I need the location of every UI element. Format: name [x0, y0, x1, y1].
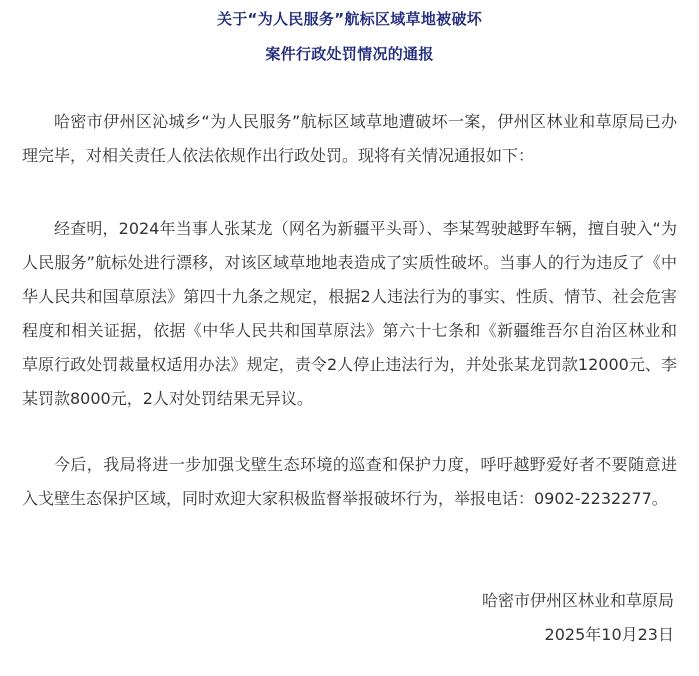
notice-document: 关于“为人民服务”航标区域草地被破坏 案件行政处罚情况的通报 哈密市伊州区沁城乡… — [0, 0, 699, 676]
signature-organization: 哈密市伊州区林业和草原局 — [482, 588, 674, 611]
paragraph-intro: 哈密市伊州区沁城乡“为人民服务”航标区域草地遭破坏一案，伊州区林业和草原局已办理… — [22, 105, 677, 173]
document-title-line2: 案件行政处罚情况的通报 — [0, 43, 699, 64]
signature-date: 2025年10月23日 — [545, 622, 674, 645]
paragraph-appeal: 今后，我局将进一步加强戈壁生态环境的巡查和保护力度，呼吁越野爱好者不要随意进入戈… — [22, 448, 677, 516]
document-title-line1: 关于“为人民服务”航标区域草地被破坏 — [0, 8, 699, 29]
paragraph-findings: 经查明，2024年当事人张某龙（网名为新疆平头哥）、李某驾驶越野车辆，擅自驶入“… — [22, 212, 677, 416]
